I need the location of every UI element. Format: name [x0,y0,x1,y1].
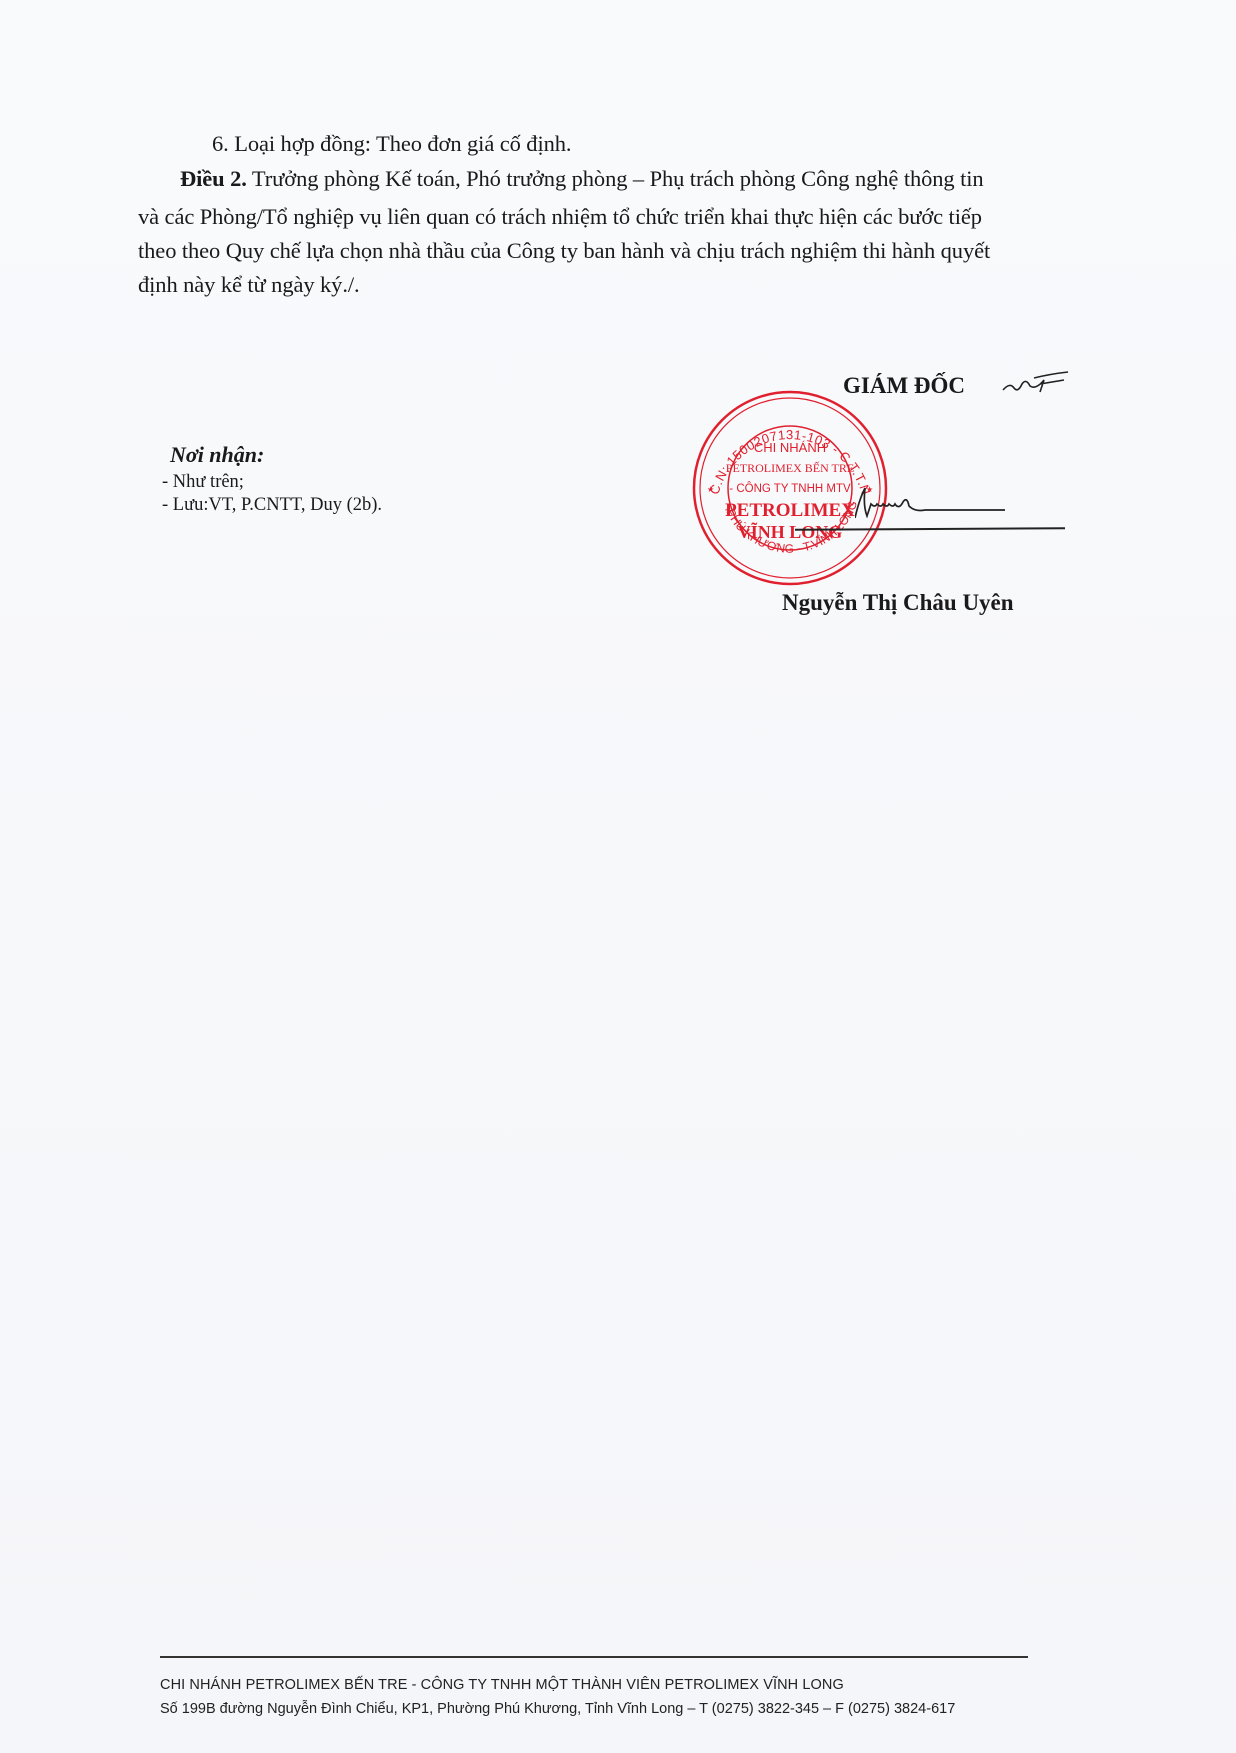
svg-text:★: ★ [707,485,714,494]
svg-text:VĨNH LONG: VĨNH LONG [738,521,843,542]
svg-text:PETROLIMEX: PETROLIMEX [725,500,855,521]
article-2-line-1: Điều 2. Trưởng phòng Kế toán, Phó trưởng… [180,168,984,191]
svg-text:- CÔNG TY TNHH MTV: - CÔNG TY TNHH MTV [729,482,851,495]
footer-divider [160,1656,1028,1658]
initials-icon [1000,368,1072,398]
receiver-item: - Lưu:VT, P.CNTT, Duy (2b). [162,495,382,516]
svg-text:PETROLIMEX BẾN TRE: PETROLIMEX BẾN TRE [726,460,854,475]
article-2-label: Điều 2. [180,166,247,191]
signature-icon [855,482,1015,524]
receivers-title: Nơi nhận: [170,442,264,468]
footer-company-name: CHI NHÁNH PETROLIMEX BẾN TRE - CÔNG TY T… [160,1677,844,1693]
article-2-line-4: định này kể từ ngày ký./. [138,274,360,297]
svg-text:CHI NHÁNH: CHI NHÁNH [754,440,826,455]
article-2-line-2: và các Phòng/Tổ nghiệp vụ liên quan có t… [138,206,982,229]
contract-type-item: 6. Loại hợp đồng: Theo đơn giá cố định. [212,133,571,156]
article-2-line-3: theo theo Quy chế lựa chọn nhà thầu của … [138,240,990,263]
receiver-item: - Như trên; [162,472,244,493]
article-2-text-1: Trưởng phòng Kế toán, Phó trưởng phòng –… [247,166,984,191]
footer-address: Số 199B đường Nguyễn Đình Chiểu, KP1, Ph… [160,1701,955,1717]
document-page: 6. Loại hợp đồng: Theo đơn giá cố định. … [0,0,1236,1753]
signature-underline [795,527,1065,530]
signer-name: Nguyễn Thị Châu Uyên [782,590,1014,616]
